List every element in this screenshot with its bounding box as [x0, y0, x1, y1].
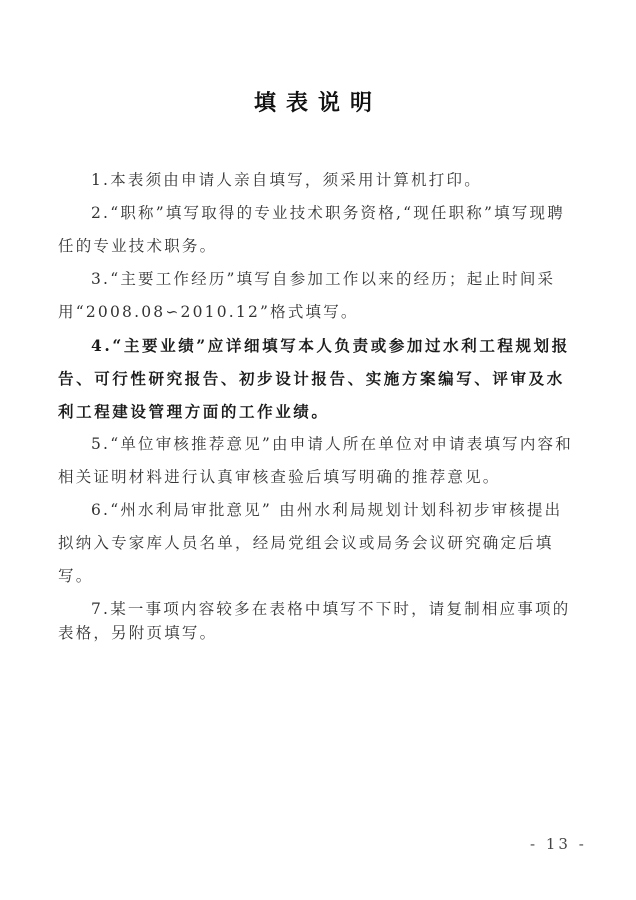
- instruction-item-4: 4.“主要业绩”应详细填写本人负责或参加过水利工程规划报告、可行性研究报告、初步…: [58, 329, 578, 428]
- instruction-item-2: 2.“职称”填写取得的专业技术职务资格,“现任职称”填写现聘任的专业技术职务。: [58, 197, 578, 263]
- instruction-item-5: 5.“单位审核推荐意见”由申请人所在单位对申请表填写内容和相关证明材料进行认真审…: [58, 428, 578, 494]
- instruction-item-1: 1.本表须由申请人亲自填写，须采用计算机打印。: [58, 164, 578, 197]
- page-title: 填表说明: [0, 86, 636, 117]
- page-number: - 13 -: [530, 835, 587, 853]
- instruction-item-3: 3.“主要工作经历”填写自参加工作以来的经历；起止时间采用“2008.08∽20…: [58, 263, 578, 329]
- instruction-item-6: 6.“州水利局审批意见” 由州水利局规划计划科初步审核提出拟纳入专家库人员名单，…: [58, 494, 578, 593]
- instruction-item-7: 7.某一事项内容较多在表格中填写不下时，请复制相应事项的表格，另附页填写。: [58, 597, 578, 645]
- instructions-body: 1.本表须由申请人亲自填写，须采用计算机打印。 2.“职称”填写取得的专业技术职…: [58, 164, 578, 645]
